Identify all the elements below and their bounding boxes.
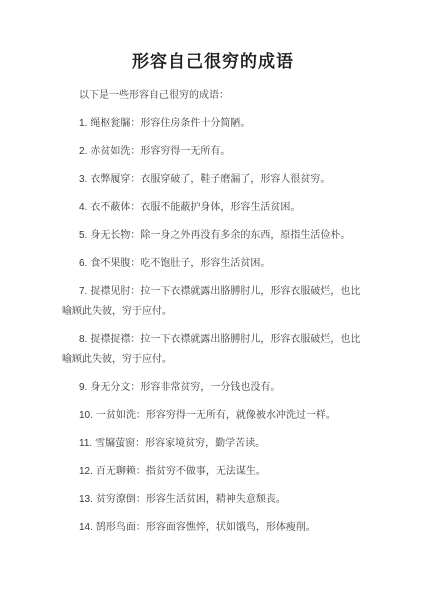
idiom-definition: 衣服不能蔽护身体，形容生活贫困。: [140, 202, 300, 213]
idiom-term: 一贫如洗: [96, 410, 136, 421]
idiom-colon: ：: [130, 258, 140, 269]
item-number: 11.: [79, 438, 92, 449]
item-number: 6.: [79, 258, 87, 269]
idiom-item: 7.捉襟见肘：拉一下衣襟就露出胳膊肘儿，形容衣服破烂，也比喻顾此失彼，穷于应付。: [62, 282, 364, 322]
idiom-colon: ：: [136, 522, 146, 533]
idiom-colon: ：: [130, 382, 140, 393]
idiom-term: 绳枢瓮牖: [90, 118, 130, 129]
idiom-item: 10.一贫如洗：形容穷得一无所有，就像被水冲洗过一样。: [62, 406, 364, 426]
idiom-colon: ：: [130, 146, 140, 157]
item-number: 7.: [79, 286, 87, 297]
item-number: 1.: [79, 118, 87, 129]
document-page: 形容自己很穷的成语 以下是一些形容自己很穷的成语： 1.绳枢瓮牖：形容住房条件十…: [0, 0, 424, 600]
idiom-term: 食不果腹: [90, 258, 130, 269]
idiom-colon: ：: [130, 230, 140, 241]
page-title: 形容自己很穷的成语: [62, 52, 364, 72]
idiom-term: 衣弊履穿: [90, 174, 130, 185]
idiom-term: 鹄形鸟面: [96, 522, 136, 533]
idiom-item: 6.食不果腹：吃不饱肚子，形容生活贫困。: [62, 254, 364, 274]
item-number: 8.: [79, 334, 87, 345]
idiom-definition: 形容穷得一无所有。: [140, 146, 230, 157]
idiom-definition: 形容非常贫穷，一分钱也没有。: [140, 382, 280, 393]
idiom-term: 身无分文: [90, 382, 130, 393]
idiom-item: 3.衣弊履穿：衣服穿破了，鞋子磨漏了，形容人很贫穷。: [62, 170, 364, 190]
idiom-term: 身无长物: [90, 230, 130, 241]
item-number: 3.: [79, 174, 87, 185]
idiom-item: 14.鹄形鸟面：形容面容憔悴，状如饿鸟，形体瘦削。: [62, 518, 364, 538]
idiom-definition: 吃不饱肚子，形容生活贫困。: [140, 258, 270, 269]
idiom-term: 捉襟见肘: [90, 286, 130, 297]
idiom-colon: ：: [130, 202, 140, 213]
idiom-term: 贫穷潦倒: [96, 494, 136, 505]
idiom-colon: ：: [136, 466, 146, 477]
idiom-definition: 形容穷得一无所有，就像被水冲洗过一样。: [146, 410, 336, 421]
idiom-colon: ：: [130, 334, 140, 345]
item-number: 13.: [79, 494, 93, 505]
idiom-definition: 指贫穷不做事，无法谋生。: [146, 466, 266, 477]
item-number: 9.: [79, 382, 87, 393]
idiom-term: 雪牖萤窗: [95, 438, 135, 449]
idiom-item: 12.百无聊赖：指贫穷不做事，无法谋生。: [62, 462, 364, 482]
idiom-colon: ：: [136, 494, 146, 505]
idiom-colon: ：: [130, 118, 140, 129]
idiom-definition: 形容家境贫穷，勤学苦读。: [145, 438, 265, 449]
idiom-definition: 衣服穿破了，鞋子磨漏了，形容人很贫穷。: [140, 174, 330, 185]
intro-text: 以下是一些形容自己很穷的成语：: [62, 86, 364, 106]
idiom-item: 13.贫穷潦倒：形容生活贫困，精神失意颓丧。: [62, 490, 364, 510]
item-number: 12.: [79, 466, 93, 477]
idiom-item: 9.身无分文：形容非常贫穷，一分钱也没有。: [62, 378, 364, 398]
idiom-item: 4.衣不蔽体：衣服不能蔽护身体，形容生活贫困。: [62, 198, 364, 218]
idiom-definition: 除一身之外再没有多余的东西，原指生活俭朴。: [140, 230, 350, 241]
idiom-colon: ：: [136, 410, 146, 421]
item-number: 10.: [79, 410, 93, 421]
item-number: 14.: [79, 522, 93, 533]
idiom-definition: 形容住房条件十分简陋。: [140, 118, 250, 129]
idiom-term: 衣不蔽体: [90, 202, 130, 213]
idiom-colon: ：: [135, 438, 145, 449]
idiom-item: 5.身无长物：除一身之外再没有多余的东西，原指生活俭朴。: [62, 226, 364, 246]
idiom-list: 1.绳枢瓮牖：形容住房条件十分简陋。2.赤贫如洗：形容穷得一无所有。3.衣弊履穿…: [62, 114, 364, 538]
idiom-term: 赤贫如洗: [90, 146, 130, 157]
idiom-item: 1.绳枢瓮牖：形容住房条件十分简陋。: [62, 114, 364, 134]
idiom-definition: 形容面容憔悴，状如饿鸟，形体瘦削。: [146, 522, 316, 533]
idiom-term: 捉襟捉襟: [90, 334, 130, 345]
idiom-item: 2.赤贫如洗：形容穷得一无所有。: [62, 142, 364, 162]
idiom-definition: 形容生活贫困，精神失意颓丧。: [146, 494, 286, 505]
item-number: 2.: [79, 146, 87, 157]
idiom-term: 百无聊赖: [96, 466, 136, 477]
item-number: 4.: [79, 202, 87, 213]
idiom-item: 11.雪牖萤窗：形容家境贫穷，勤学苦读。: [62, 434, 364, 454]
idiom-colon: ：: [130, 286, 140, 297]
item-number: 5.: [79, 230, 87, 241]
idiom-colon: ：: [130, 174, 140, 185]
idiom-item: 8.捉襟捉襟：拉一下衣襟就露出胳膊肘儿，形容衣服破烂，也比喻顾此失彼，穷于应付。: [62, 330, 364, 370]
